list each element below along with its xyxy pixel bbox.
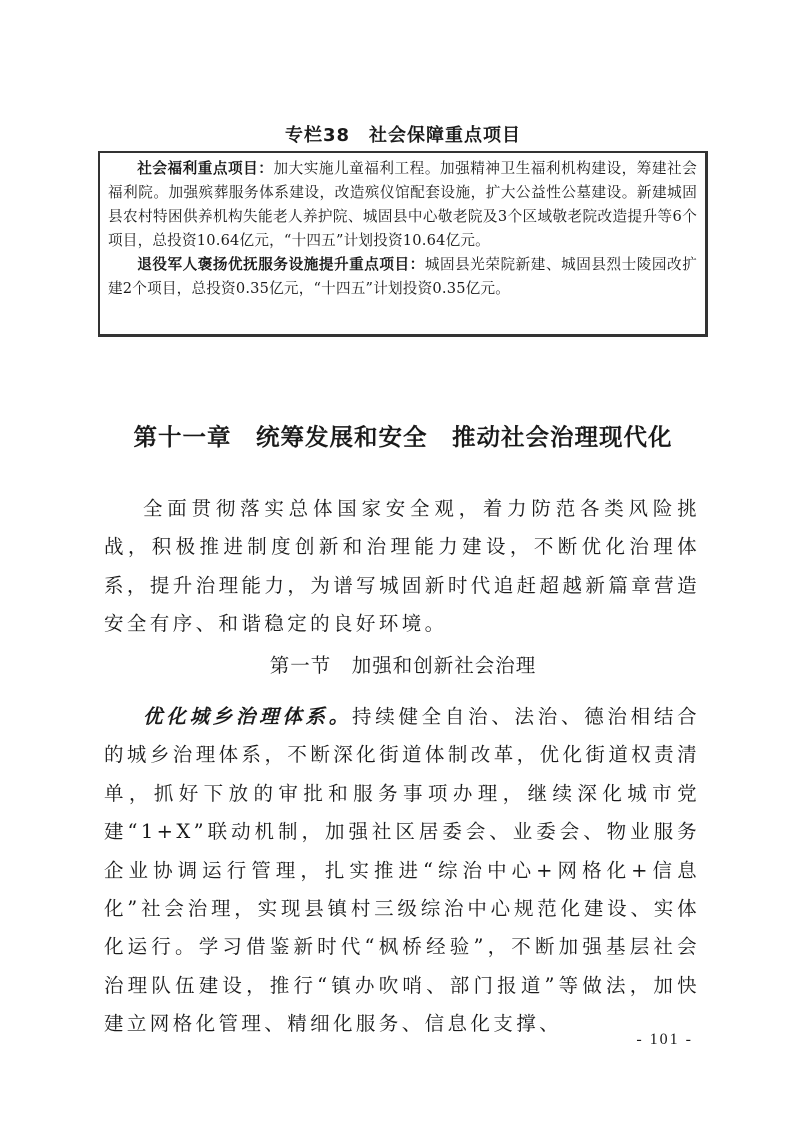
section-paragraph: 优化城乡治理体系。持续健全自治、法治、德治相结合的城乡治理体系，不断深化街道体制… xyxy=(104,698,700,1044)
box-paragraph-lead: 退役军人褒扬优抚服务设施提升重点项目： xyxy=(137,256,425,273)
box-title: 专栏38 社会保障重点项目 xyxy=(98,121,708,147)
key-projects-box: 社会福利重点项目：加大实施儿童福利工程。加强精神卫生福利机构建设，筹建社会福利院… xyxy=(98,151,708,337)
section-paragraph-text: 持续健全自治、法治、德治相结合的城乡治理体系，不断深化街道体制改革，优化街道权责… xyxy=(104,705,700,1035)
section-body: 优化城乡治理体系。持续健全自治、法治、德治相结合的城乡治理体系，不断深化街道体制… xyxy=(104,698,700,1044)
chapter-title: 第十一章 统筹发展和安全 推动社会治理现代化 xyxy=(98,418,708,452)
box-paragraph-welfare: 社会福利重点项目：加大实施儿童福利工程。加强精神卫生福利机构建设，筹建社会福利院… xyxy=(108,157,697,253)
document-page: 专栏38 社会保障重点项目 社会福利重点项目：加大实施儿童福利工程。加强精神卫生… xyxy=(0,0,793,1122)
section-title: 第一节 加强和创新社会治理 xyxy=(98,650,708,678)
section-paragraph-lead: 优化城乡治理体系。 xyxy=(143,705,352,728)
chapter-intro-paragraph: 全面贯彻落实总体国家安全观，着力防范各类风险挑战，积极推进制度创新和治理能力建设… xyxy=(104,490,700,644)
page-number: - 101 - xyxy=(636,1031,693,1049)
box-paragraph-lead: 社会福利重点项目： xyxy=(137,160,273,177)
chapter-intro: 全面贯彻落实总体国家安全观，着力防范各类风险挑战，积极推进制度创新和治理能力建设… xyxy=(104,490,700,644)
box-paragraph-veterans: 退役军人褒扬优抚服务设施提升重点项目：城固县光荣院新建、城固县烈士陵园改扩建2个… xyxy=(108,253,697,301)
